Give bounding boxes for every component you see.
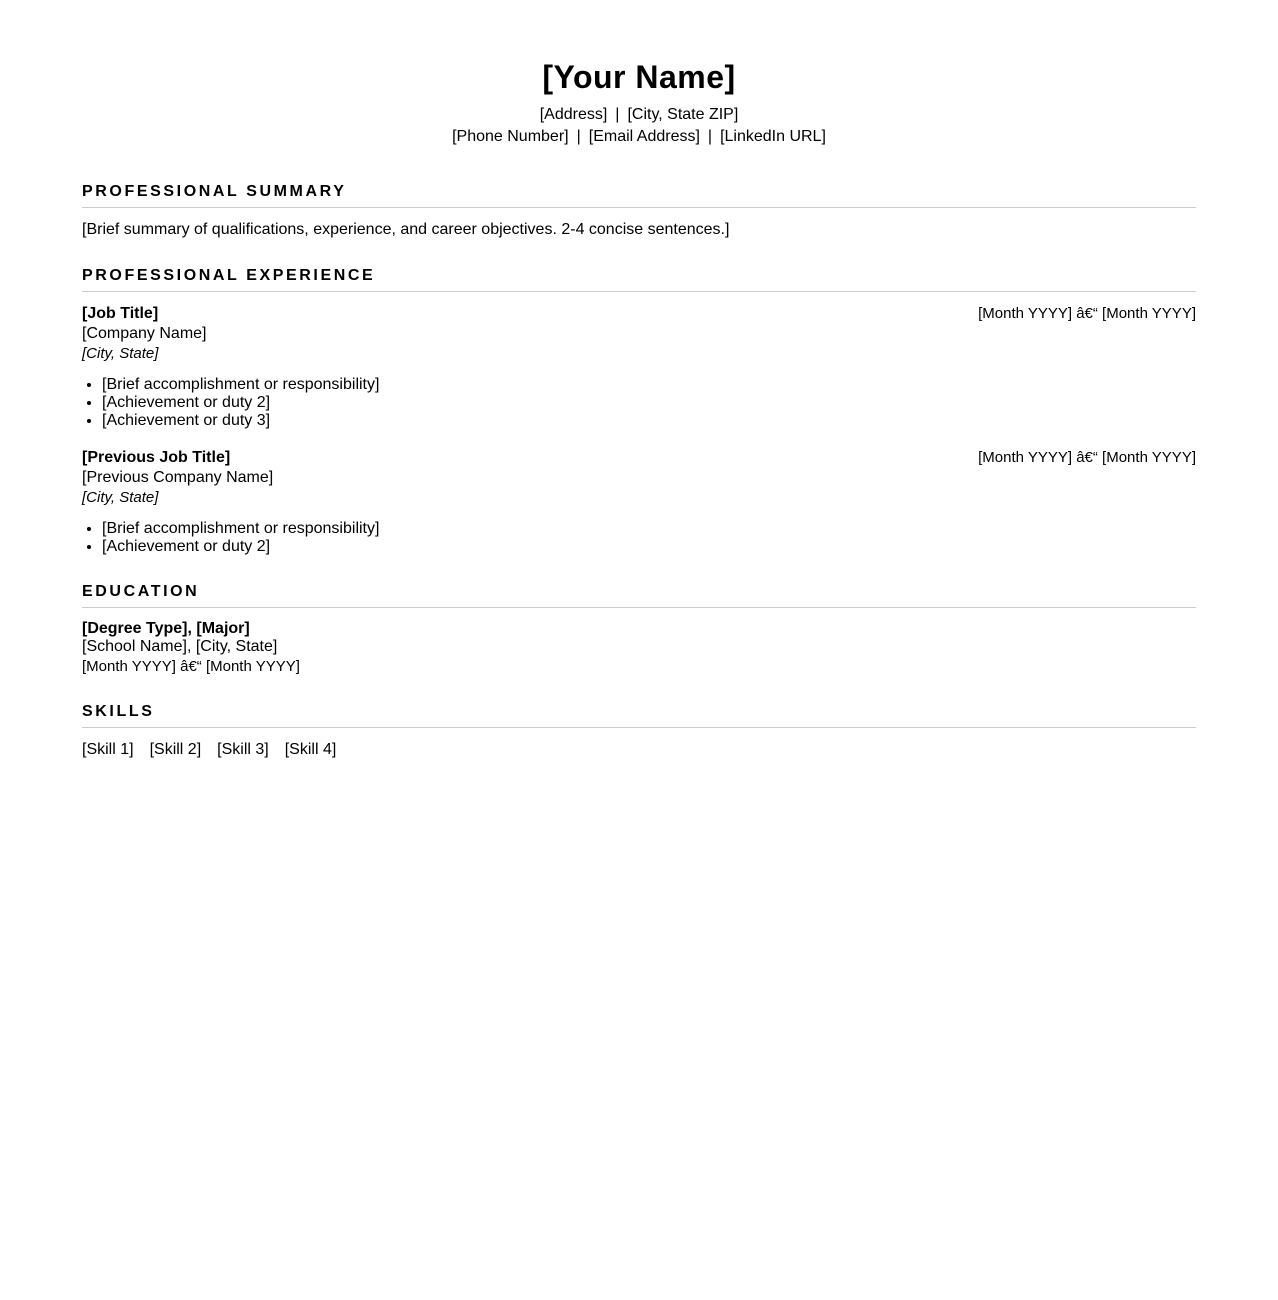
section-experience: PROFESSIONAL EXPERIENCE [Job Title] [Mon… — [82, 266, 1196, 556]
school-name: [School Name], [City, State] — [82, 638, 1196, 656]
city-state-zip: [City, State ZIP] — [627, 106, 738, 123]
section-title: PROFESSIONAL SUMMARY — [82, 182, 1196, 208]
list-item: [Achievement or duty 2] — [102, 394, 1196, 412]
skill-item: [Skill 4] — [285, 740, 337, 760]
skill-item: [Skill 1] — [82, 740, 134, 760]
address: [Address] — [540, 106, 608, 123]
candidate-name: [Your Name] — [82, 58, 1196, 96]
job-location: [City, State] — [82, 488, 1196, 508]
section-title: SKILLS — [82, 702, 1196, 728]
separator: | — [700, 128, 720, 145]
education-dates: [Month YYYY] â€“ [Month YYYY] — [82, 656, 1196, 678]
section-summary: PROFESSIONAL SUMMARY [Brief summary of q… — [82, 182, 1196, 240]
section-education: EDUCATION [Degree Type], [Major] [School… — [82, 582, 1196, 678]
skills-list: [Skill 1] [Skill 2] [Skill 3] [Skill 4] — [82, 740, 1196, 760]
company-name: [Previous Company Name] — [82, 468, 1196, 488]
phone: [Phone Number] — [452, 128, 569, 145]
skill-item: [Skill 2] — [150, 740, 202, 760]
job-location: [City, State] — [82, 344, 1196, 364]
linkedin-url: [LinkedIn URL] — [720, 128, 826, 145]
email: [Email Address] — [589, 128, 700, 145]
summary-text: [Brief summary of qualifications, experi… — [82, 220, 1196, 240]
section-skills: SKILLS [Skill 1] [Skill 2] [Skill 3] [Sk… — [82, 702, 1196, 760]
list-item: [Brief accomplishment or responsibility] — [102, 520, 1196, 538]
separator: | — [569, 128, 589, 145]
job-title: [Job Title] — [82, 304, 158, 324]
job-entry: [Previous Job Title] [Month YYYY] â€“ [M… — [82, 448, 1196, 556]
list-item: [Achievement or duty 2] — [102, 538, 1196, 556]
list-item: [Brief accomplishment or responsibility] — [102, 376, 1196, 394]
job-dates: [Month YYYY] â€“ [Month YYYY] — [978, 304, 1196, 324]
job-title: [Previous Job Title] — [82, 448, 230, 468]
section-title: PROFESSIONAL EXPERIENCE — [82, 266, 1196, 292]
skill-item: [Skill 3] — [217, 740, 269, 760]
resume-page: [Your Name] [Address]|[City, State ZIP] … — [0, 0, 1278, 760]
list-item: [Achievement or duty 3] — [102, 412, 1196, 430]
contact-line-details: [Phone Number]|[Email Address]|[LinkedIn… — [82, 126, 1196, 148]
company-name: [Company Name] — [82, 324, 1196, 344]
job-entry: [Job Title] [Month YYYY] â€“ [Month YYYY… — [82, 304, 1196, 430]
separator: | — [607, 106, 627, 123]
degree: [Degree Type], [Major] — [82, 620, 1196, 638]
section-title: EDUCATION — [82, 582, 1196, 608]
job-bullets: [Brief accomplishment or responsibility]… — [82, 376, 1196, 430]
job-dates: [Month YYYY] â€“ [Month YYYY] — [978, 448, 1196, 468]
job-bullets: [Brief accomplishment or responsibility]… — [82, 520, 1196, 556]
resume-header: [Your Name] [Address]|[City, State ZIP] … — [82, 58, 1196, 148]
contact-line-address: [Address]|[City, State ZIP] — [82, 104, 1196, 126]
